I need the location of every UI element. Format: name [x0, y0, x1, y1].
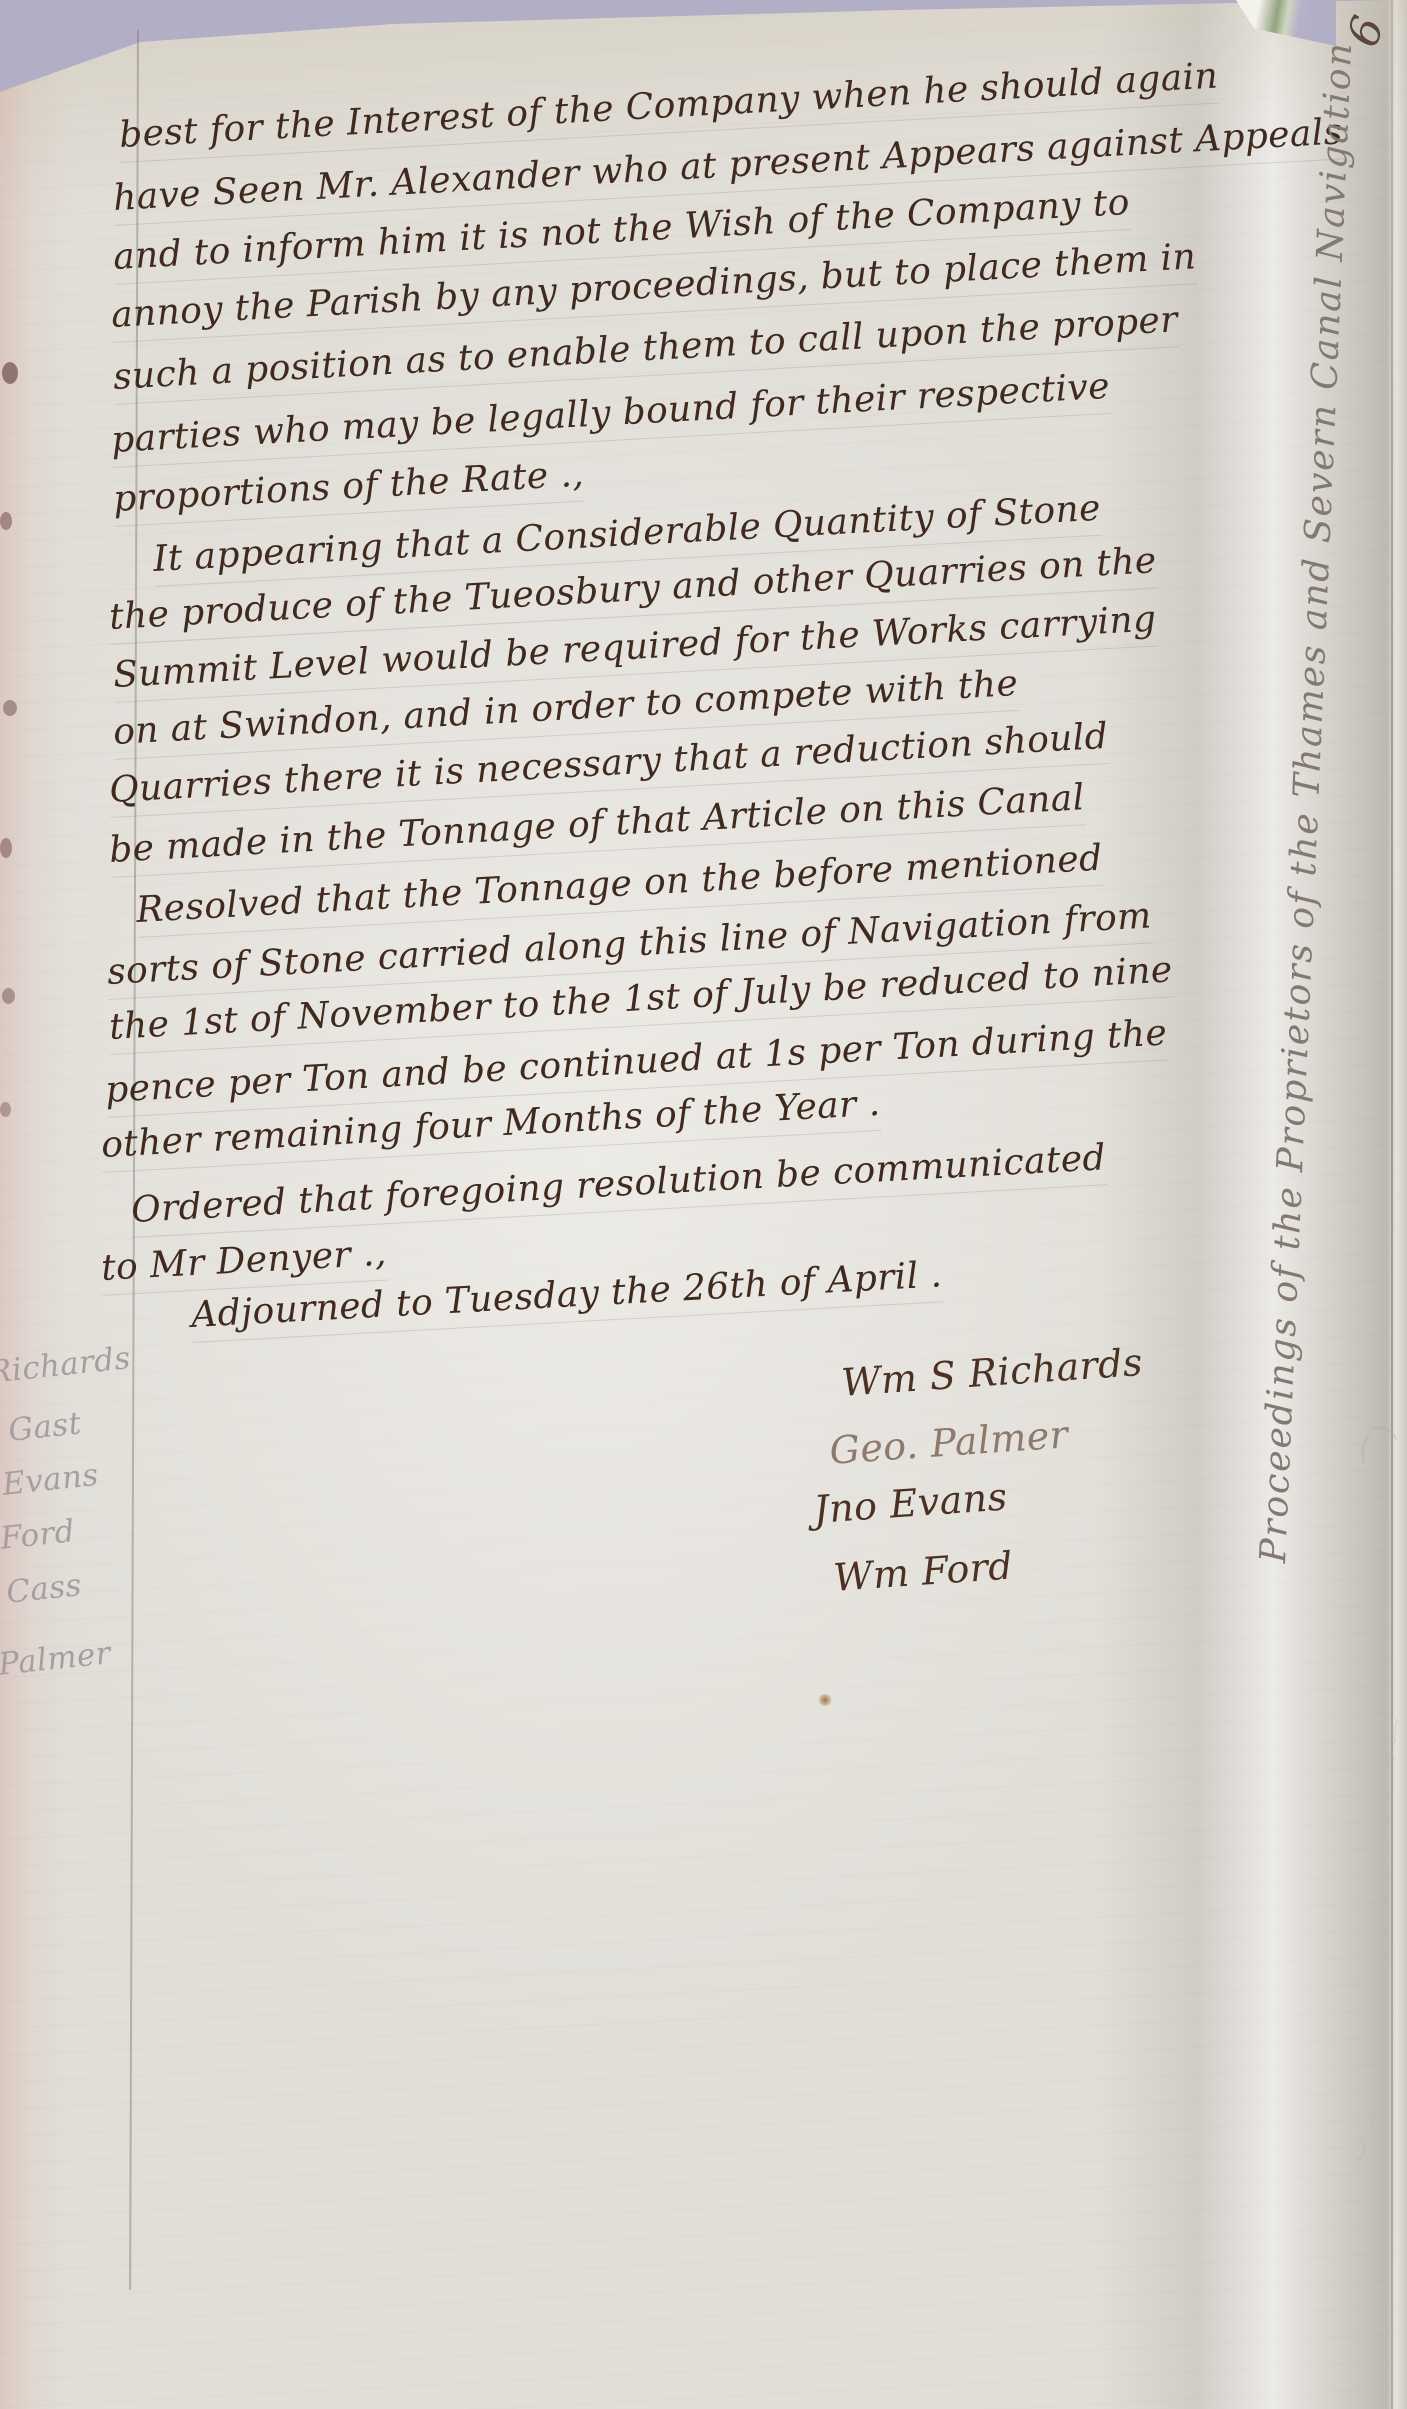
- paper-stain: [818, 1694, 832, 1706]
- photographed-minute-book-page: { "page": { "kind": "Handwritten canal c…: [0, 0, 1407, 2409]
- adjacent-page-edge: [1391, 0, 1393, 2409]
- margin-name: Evans: [0, 1452, 101, 1511]
- edge-blemish: [0, 512, 12, 530]
- margin-name: Ford: [0, 1508, 77, 1565]
- margin-name: Cass: [4, 1562, 84, 1619]
- edge-blemish: [0, 1102, 11, 1117]
- margin-name: Gast: [6, 1400, 84, 1456]
- bleed-through-mark: , ﹏: [1363, 1715, 1404, 1761]
- edge-blemish: [2, 362, 18, 384]
- edge-blemish: [2, 988, 15, 1004]
- edge-blemish: [0, 838, 12, 858]
- edge-blemish: [3, 700, 17, 716]
